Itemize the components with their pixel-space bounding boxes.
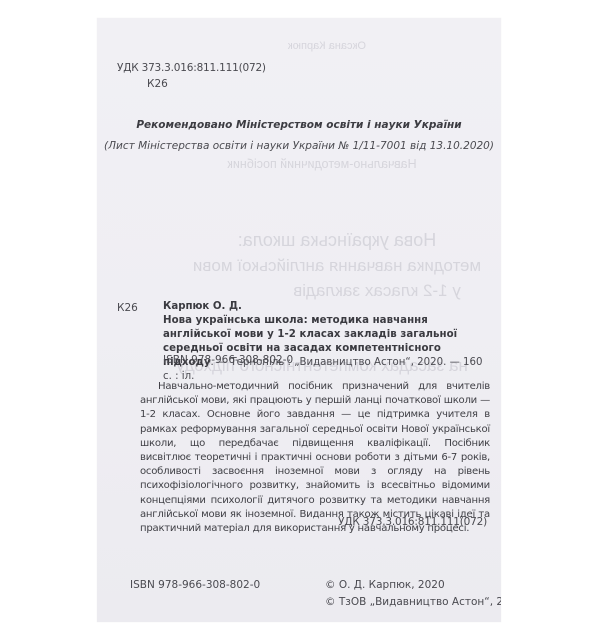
ministry-letter-line: (Лист Міністерства освіти і науки Україн… xyxy=(97,140,501,152)
bleed-through-author: Оксана Карпюк xyxy=(197,40,457,52)
recommendation-line: Рекомендовано Міністерством освіти і нау… xyxy=(97,119,501,131)
abstract-paragraph: Навчально-методичний посібник призначени… xyxy=(140,380,490,536)
record-author: Карпюк О. Д. xyxy=(163,300,489,314)
record-isbn: ISBN 978-966-308-802-0 xyxy=(163,354,293,366)
bibliographic-record: Карпюк О. Д. Нова українська школа: мето… xyxy=(163,300,489,384)
catalog-code: К26 xyxy=(117,302,138,314)
copyright-publisher: © ТзОВ „Видавництво Астон“, 2020 xyxy=(325,596,501,608)
bleed-through-title-3: у 1-2 класах закладів xyxy=(237,281,501,301)
bbk-code-top: К26 xyxy=(147,78,168,90)
book-page: Оксана Карпюк Навчально-методичний посіб… xyxy=(97,18,501,622)
udk-code-top: УДК 373.3.016:811.111(072) xyxy=(117,62,266,74)
bleed-through-title-1: Нова українська школа: xyxy=(207,230,467,251)
isbn-bottom: ISBN 978-966-308-802-0 xyxy=(130,579,260,591)
bleed-through-title-2: методика навчання англійської мови xyxy=(157,256,501,276)
copyright-author: © О. Д. Карпюк, 2020 xyxy=(325,579,445,591)
bleed-through-genre: Навчально-методичний посібник xyxy=(177,157,467,171)
udk-code-bottom: УДК 373.3.016:811.111(072) xyxy=(338,516,487,528)
